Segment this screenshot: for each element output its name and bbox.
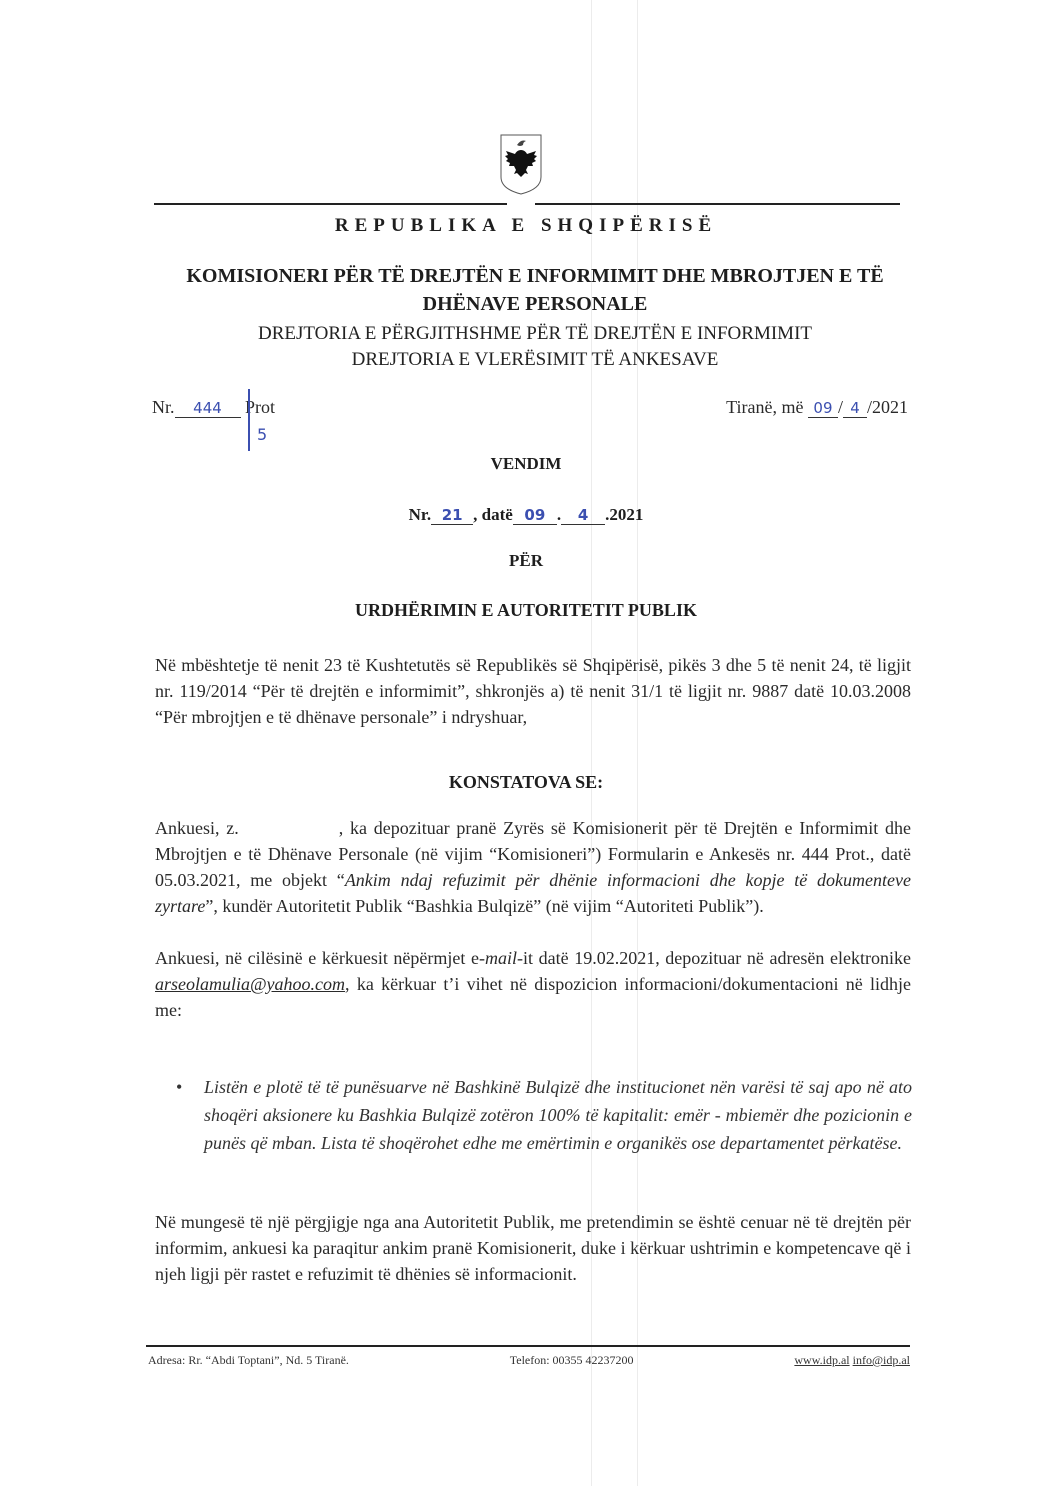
text: Ankuesi, në cilësinë e kërkuesit nëpërmj…: [155, 948, 485, 968]
handwritten-month: 4: [561, 506, 605, 525]
footer-address: Adresa: Rr. “Abdi Toptani”, Nd. 5 Tiranë…: [148, 1353, 349, 1368]
footer-rule: [146, 1345, 910, 1347]
footer: Adresa: Rr. “Abdi Toptani”, Nd. 5 Tiranë…: [148, 1353, 910, 1368]
directorates: DREJTORIA E PËRGJITHSHME PËR TË DREJTËN …: [150, 321, 920, 373]
date-label: , datë: [473, 505, 513, 524]
handwritten-month: 4: [843, 399, 867, 418]
header-rule: [535, 203, 900, 205]
complaint-paragraph: Ankuesi, z., ka depozituar pranë Zyrës s…: [155, 815, 911, 919]
year: /2021: [867, 397, 908, 417]
legal-basis-paragraph: Në mbështetje të nenit 23 të Kushtetutës…: [155, 652, 911, 730]
footer-phone: Telefon: 00355 42237200: [510, 1353, 634, 1368]
email-link[interactable]: arseolamulia@yahoo.com: [155, 974, 345, 994]
protocol-handwritten-number: 444: [175, 399, 241, 418]
republic-title: REPUBLIKA E SHQIPËRISË: [0, 215, 1052, 237]
header-rule: [154, 203, 507, 205]
protocol-number: Nr.444 Prot 5: [152, 397, 275, 418]
handwritten-day: 09: [513, 506, 557, 525]
footer-email-link[interactable]: info@idp.al: [853, 1353, 910, 1367]
request-list: • Listën e plotë të të punësuarve në Bas…: [176, 1073, 912, 1157]
text: mail: [485, 948, 517, 968]
year: .2021: [605, 505, 643, 524]
decision-number-line: Nr.21, datë09.4.2021: [0, 505, 1052, 525]
request-paragraph: Ankuesi, në cilësinë e kërkuesit nëpërmj…: [155, 945, 911, 1023]
text: -it datë 19.02.2021, depozituar në adres…: [517, 948, 911, 968]
appeal-paragraph: Në mungesë të një përgjigje nga ana Auto…: [155, 1209, 911, 1287]
footer-website-link[interactable]: www.idp.al: [794, 1353, 849, 1367]
directorate: DREJTORIA E VLERËSIMIT TË ANKESAVE: [150, 347, 920, 373]
directorate-general: DREJTORIA E PËRGJITHSHME PËR TË DREJTËN …: [150, 321, 920, 347]
nr-label: Nr.: [409, 505, 432, 524]
institution-name: KOMISIONERI PËR TË DREJTËN E INFORMIMIT …: [150, 262, 920, 318]
handwritten-divider: [248, 389, 250, 451]
protocol-sub-number: 5: [257, 425, 267, 444]
text: Ankuesi, z.: [155, 818, 239, 838]
section-title: KONSTATOVA SE:: [0, 772, 1052, 793]
place-label: Tiranë, më: [726, 397, 803, 417]
place-date: Tiranë, më 09/4/2021: [726, 397, 908, 418]
bullet-icon: •: [176, 1073, 182, 1101]
text: ”, kundër Autoritetit Publik “Bashkia Bu…: [205, 896, 763, 916]
for-label: PËR: [0, 551, 1052, 571]
decision-title: VENDIM: [0, 454, 1052, 474]
albanian-eagle-emblem-icon: [499, 133, 543, 196]
decision-subject: URDHËRIMIN E AUTORITETIT PUBLIK: [0, 600, 1052, 621]
protocol-prefix: Nr.: [152, 397, 175, 417]
list-item: Listën e plotë të të punësuarve në Bashk…: [204, 1073, 912, 1157]
handwritten-day: 09: [808, 399, 838, 418]
handwritten-decision-number: 21: [431, 506, 473, 525]
